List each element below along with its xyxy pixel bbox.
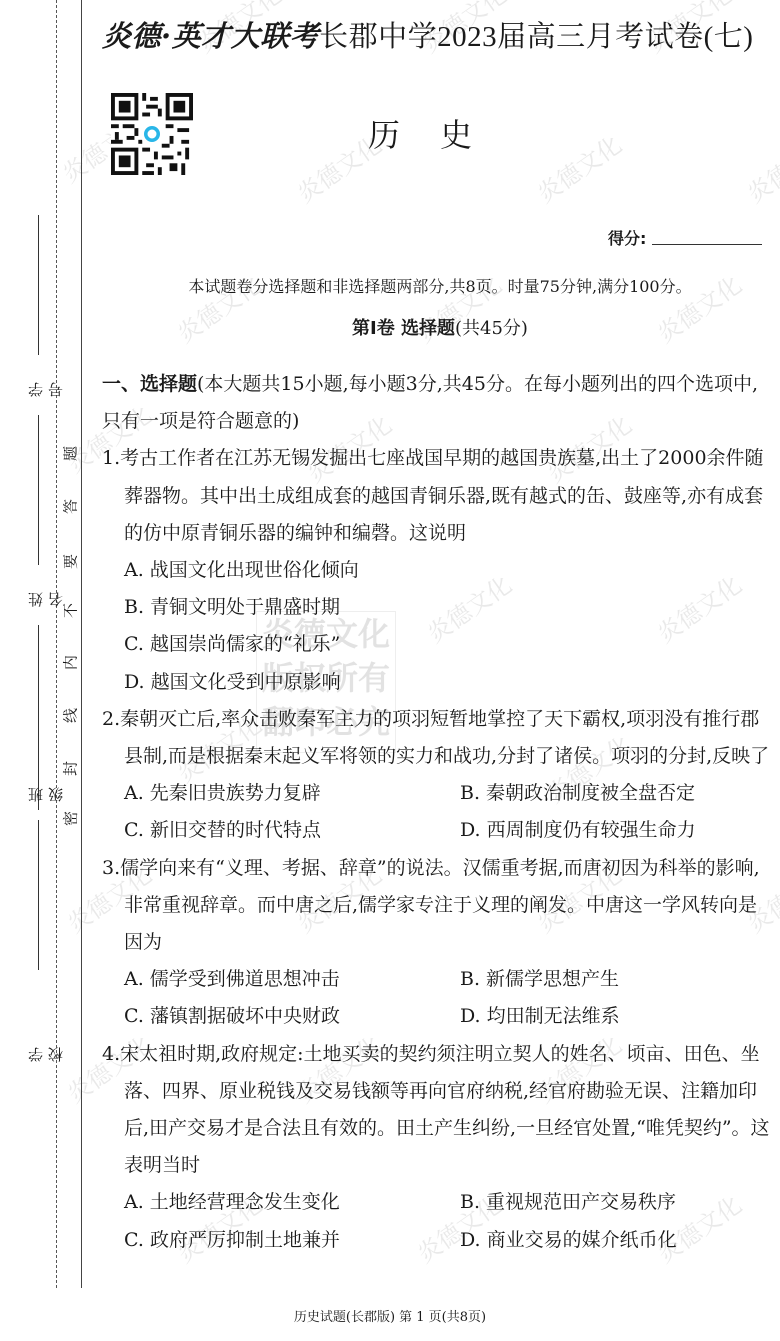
question-stem: 2.秦朝灭亡后,率众击败秦军主力的项羽短暂地掌控了天下霸权,项羽没有推行郡县制,… <box>102 701 774 775</box>
question-text: 考古工作者在江苏无锡发掘出七座战国早期的越国贵族墓,出土了2000余件随葬器物。… <box>120 447 763 543</box>
options-grid: A. 土地经营理念发生变化 B. 重视规范田产交易秩序 C. 政府严厉抑制土地兼… <box>102 1184 774 1258</box>
seal-char: 密 <box>60 809 81 829</box>
seal-char: 封 <box>60 759 81 779</box>
question-3: 3.儒学向来有“义理、考据、辞章”的说法。汉儒重考据,而唐初因为科举的影响,非常… <box>102 850 774 1036</box>
options-grid: A. 先秦旧贵族势力复辟 B. 秦朝政治制度被全盘否定 C. 新旧交替的时代特点… <box>102 775 774 849</box>
question-stem: 1.考古工作者在江苏无锡发掘出七座战国早期的越国贵族墓,出土了2000余件随葬器… <box>102 440 774 552</box>
option-c[interactable]: C. 政府严厉抑制土地兼并 <box>124 1222 460 1259</box>
page-footer: 历史试题(长郡版) 第 1 页(共8页) <box>0 1306 780 1325</box>
option-b[interactable]: B. 重视规范田产交易秩序 <box>460 1184 780 1221</box>
part-title: 第Ⅰ卷 选择题 <box>352 318 455 339</box>
seal-char: 不 <box>60 601 81 621</box>
student-id-line[interactable] <box>38 215 39 355</box>
option-c[interactable]: C. 越国崇尚儒家的“礼乐” <box>102 626 774 663</box>
option-c[interactable]: C. 藩镇割据破坏中央财政 <box>124 998 460 1035</box>
section-description: (本大题共15小题,每小题3分,共45分。在每小题列出的四个选项中,只有一项是符… <box>102 373 758 432</box>
class-label: 班 级 <box>26 760 50 820</box>
option-c[interactable]: C. 新旧交替的时代特点 <box>124 812 460 849</box>
seal-char: 内 <box>60 653 81 673</box>
section-title: 一、选择题 <box>102 373 197 395</box>
score-field[interactable] <box>652 244 762 245</box>
exam-brand: 炎德·英才大联考 <box>102 19 319 53</box>
question-text: 宋太祖时期,政府规定:土地买卖的契约须注明立契人的姓名、顷亩、田色、坐落、四界、… <box>120 1043 769 1177</box>
question-number: 2. <box>102 708 120 730</box>
option-b[interactable]: B. 新儒学思想产生 <box>460 961 780 998</box>
option-d[interactable]: D. 均田制无法维系 <box>460 998 780 1035</box>
option-a[interactable]: A. 儒学受到佛道思想冲击 <box>124 961 460 998</box>
question-number: 3. <box>102 857 120 879</box>
seal-char: 要 <box>60 552 81 572</box>
option-a[interactable]: A. 先秦旧贵族势力复辟 <box>124 775 460 812</box>
exam-instructions: 本试题卷分选择题和非选择题两部分,共8页。时量75分钟,满分100分。 <box>100 274 780 297</box>
student-id-label: 学 号 <box>26 355 50 415</box>
seal-dotted-line <box>56 0 57 1288</box>
name-label: 姓 名 <box>26 565 50 625</box>
question-text: 儒学向来有“义理、考据、辞章”的说法。汉儒重考据,而唐初因为科举的影响,非常重视… <box>120 857 760 953</box>
option-b[interactable]: B. 秦朝政治制度被全盘否定 <box>460 775 780 812</box>
options-grid: A. 儒学受到佛道思想冲击 B. 新儒学思想产生 C. 藩镇割据破坏中央财政 D… <box>102 961 774 1035</box>
option-a[interactable]: A. 战国文化出现世俗化倾向 <box>102 552 774 589</box>
exam-title: 炎德·英才大联考长郡中学2023届高三月考试卷(七) <box>102 14 772 55</box>
section-heading: 一、选择题(本大题共15小题,每小题3分,共45分。在每小题列出的四个选项中,只… <box>102 366 774 440</box>
option-d[interactable]: D. 越国文化受到中原影响 <box>102 664 774 701</box>
seal-solid-line <box>81 0 82 1288</box>
school-line[interactable] <box>38 820 39 970</box>
name-line[interactable] <box>38 415 39 565</box>
school-label: 学 校 <box>26 1020 50 1080</box>
option-d[interactable]: D. 商业交易的媒介纸币化 <box>460 1222 780 1259</box>
question-list: 一、选择题(本大题共15小题,每小题3分,共45分。在每小题列出的四个选项中,只… <box>102 366 774 1259</box>
question-text: 秦朝灭亡后,率众击败秦军主力的项羽短暂地掌控了天下霸权,项羽没有推行郡县制,而是… <box>120 708 769 767</box>
question-stem: 3.儒学向来有“义理、考据、辞章”的说法。汉儒重考据,而唐初因为科举的影响,非常… <box>102 850 774 962</box>
question-stem: 4.宋太祖时期,政府规定:土地买卖的契约须注明立契人的姓名、顷亩、田色、坐落、四… <box>102 1036 774 1185</box>
exam-name: 长郡中学2023届高三月考试卷(七) <box>319 21 753 53</box>
option-a[interactable]: A. 土地经营理念发生变化 <box>124 1184 460 1221</box>
question-number: 4. <box>102 1043 120 1065</box>
question-1: 1.考古工作者在江苏无锡发掘出七座战国早期的越国贵族墓,出土了2000余件随葬器… <box>102 440 774 700</box>
seal-char: 答 <box>60 497 81 517</box>
seal-char: 线 <box>60 706 81 726</box>
part-heading: 第Ⅰ卷 选择题(共45分) <box>100 314 780 340</box>
score-label: 得分: <box>608 226 646 249</box>
subject-title: 历史 <box>0 110 780 156</box>
seal-char: 题 <box>60 444 81 464</box>
question-number: 1. <box>102 447 120 469</box>
question-2: 2.秦朝灭亡后,率众击败秦军主力的项羽短暂地掌控了天下霸权,项羽没有推行郡县制,… <box>102 701 774 850</box>
option-b[interactable]: B. 青铜文明处于鼎盛时期 <box>102 589 774 626</box>
option-d[interactable]: D. 西周制度仍有较强生命力 <box>460 812 780 849</box>
part-points: (共45分) <box>455 318 528 339</box>
question-4: 4.宋太祖时期,政府规定:土地买卖的契约须注明立契人的姓名、顷亩、田色、坐落、四… <box>102 1036 774 1259</box>
